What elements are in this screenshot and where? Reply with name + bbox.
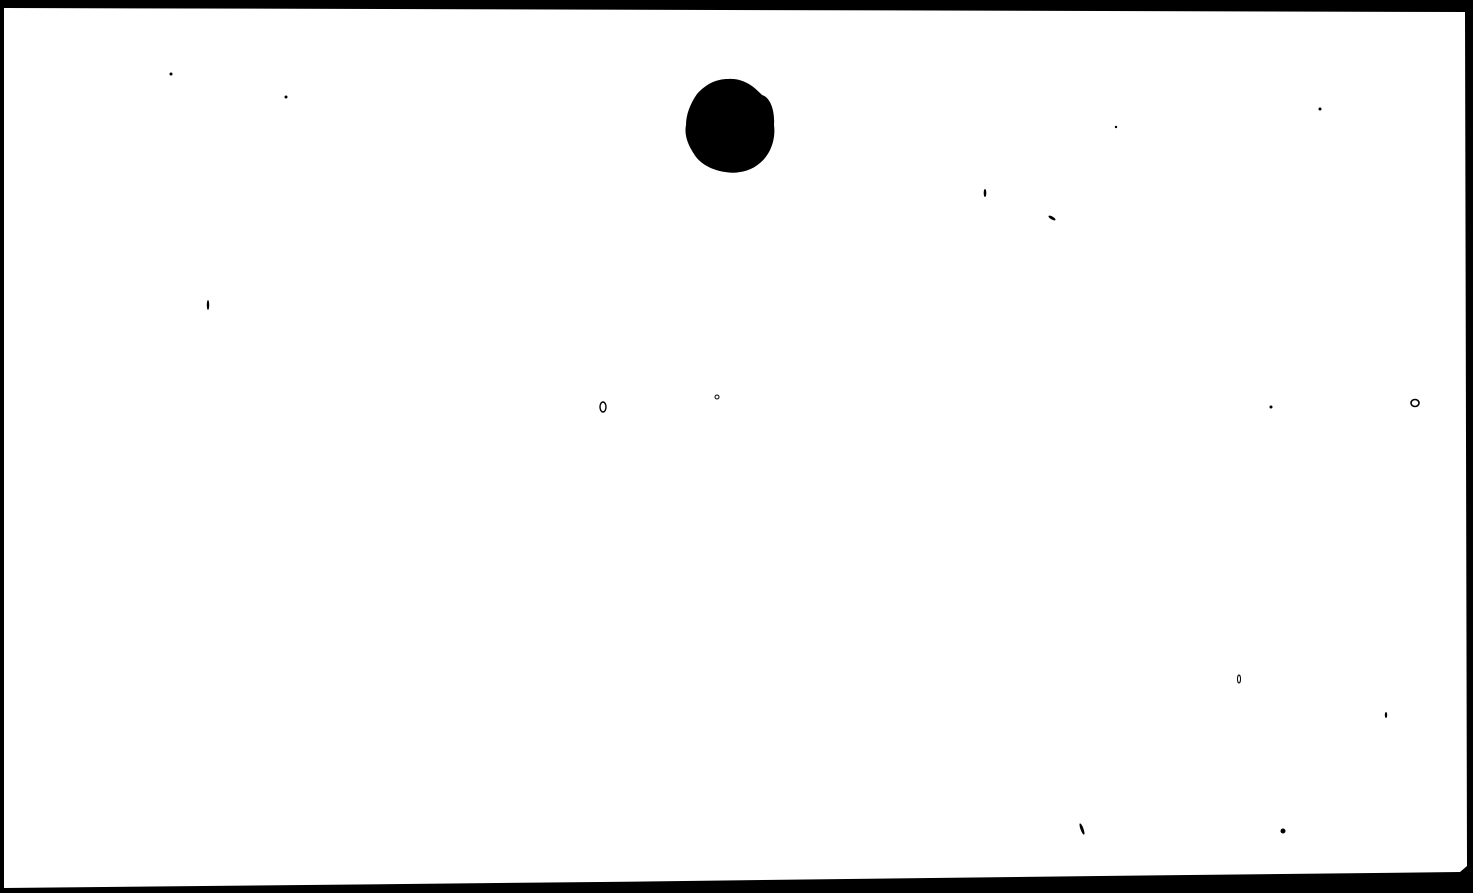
scene <box>0 0 1473 893</box>
